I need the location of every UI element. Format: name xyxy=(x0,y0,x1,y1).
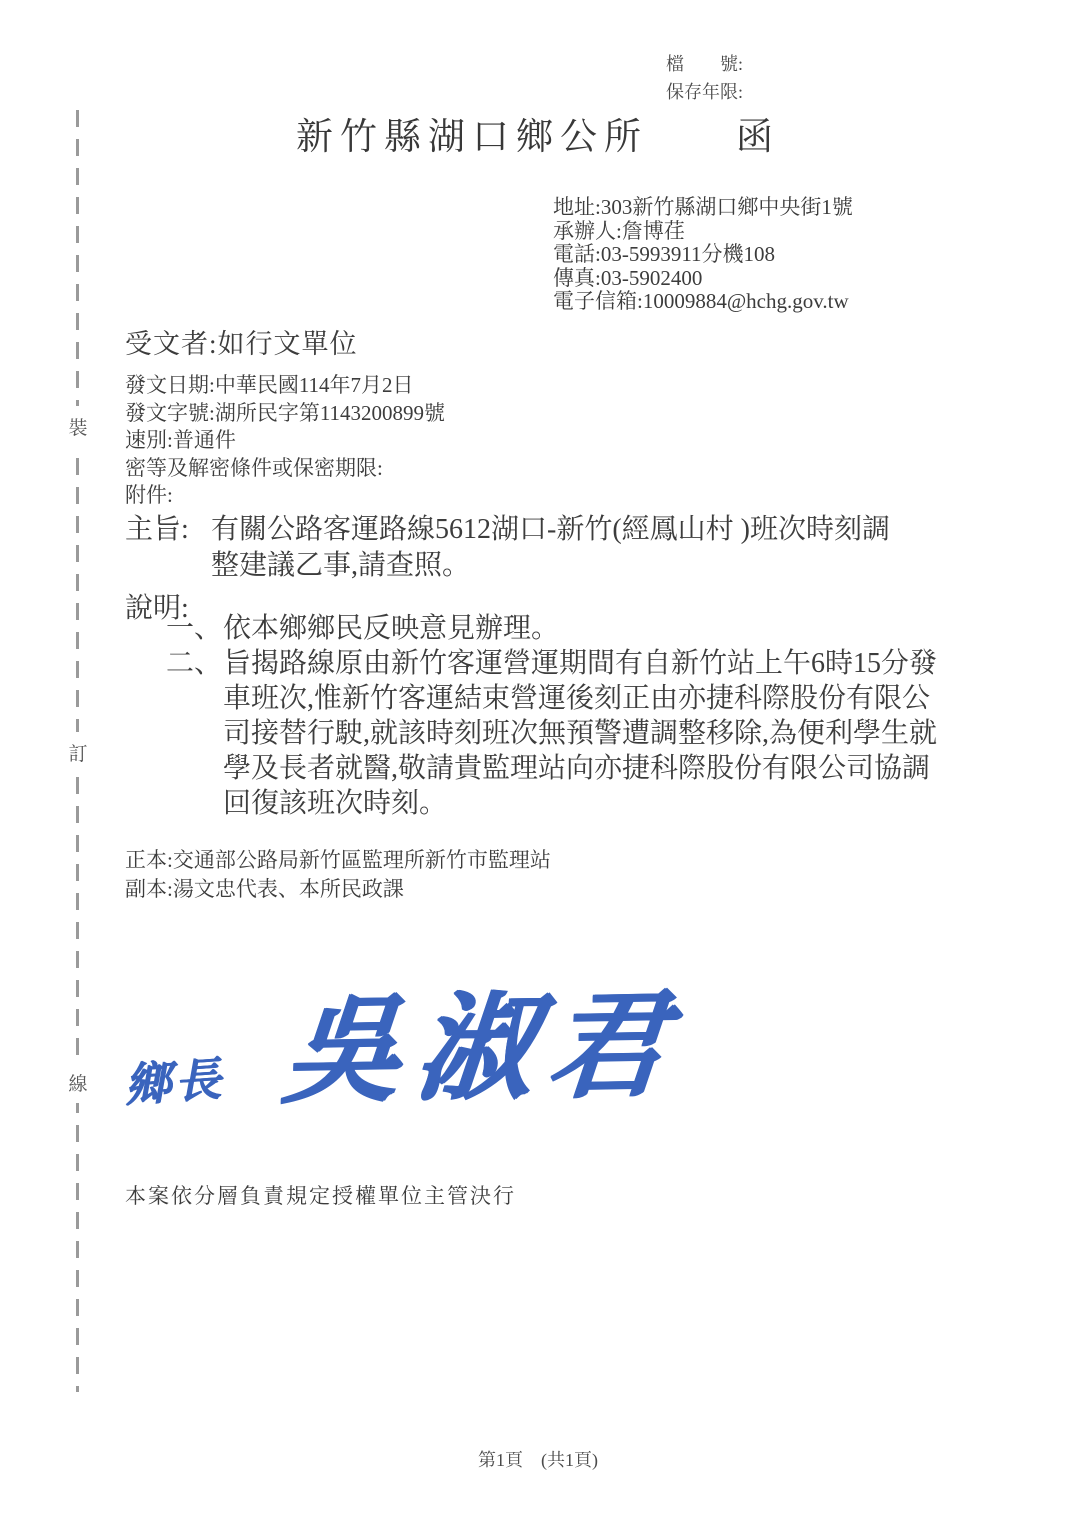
explanation-item-1: 一、 依本鄉鄉民反映意見辦理。 xyxy=(166,611,945,646)
security-line: 密等及解密條件或保密期限: xyxy=(125,455,445,483)
contact-block: 地址:303新竹縣湖口鄉中央街1號 承辦人:詹博荏 電話:03-5993911分… xyxy=(553,196,853,314)
item-text: 依本鄉鄉民反映意見辦理。 xyxy=(223,611,945,646)
binding-mark-xian: 線 xyxy=(64,1062,92,1103)
document-title: 新竹縣湖口鄉公所 函 xyxy=(0,106,1076,160)
doc-number-line: 發文字號:湖所民字第1143200899號 xyxy=(125,400,445,428)
copy-recipient-line: 副本:湯文忠代表、本所民政課 xyxy=(125,875,551,904)
signature-stamp-title: 鄉長 xyxy=(122,1043,226,1116)
contact-address: 地址:303新竹縣湖口鄉中央街1號 xyxy=(553,196,853,220)
original-recipient-line: 正本:交通部公路局新竹區監理所新竹市監理站 xyxy=(125,846,551,875)
contact-officer: 承辦人:詹博荏 xyxy=(553,220,853,244)
priority-line: 速別:普通件 xyxy=(125,427,445,455)
distribution-block: 正本:交通部公路局新竹區監理所新竹市監理站 副本:湯文忠代表、本所民政課 xyxy=(125,846,551,904)
attachment-line: 附件: xyxy=(125,482,445,510)
contact-email: 電子信箱:10009884@hchg.gov.tw xyxy=(553,290,853,314)
binding-mark-ding: 訂 xyxy=(64,732,92,773)
file-number-label: 檔 號: xyxy=(666,50,743,78)
subject-text: 有關公路客運路線5612湖口-新竹(經鳳山村 )班次時刻調整建議乙事,請查照。 xyxy=(211,512,917,584)
official-letter-page: 裝 訂 線 檔 號: 保存年限: 新竹縣湖口鄉公所 函 地址:303新竹縣湖口鄉… xyxy=(0,0,1076,1522)
retention-period-label: 保存年限: xyxy=(666,78,743,106)
subject-section: 主旨: 有關公路客運路線5612湖口-新竹(經鳳山村 )班次時刻調整建議乙事,請… xyxy=(125,512,917,584)
explanation-item-2: 二、 旨揭路線原由新竹客運營運期間有自新竹站上午6時15分發車班次,惟新竹客運結… xyxy=(166,646,945,821)
page-footer: 第1頁 (共1頁) xyxy=(0,1446,1076,1472)
issue-date-line: 發文日期:中華民國114年7月2日 xyxy=(125,372,445,400)
document-meta-block: 發文日期:中華民國114年7月2日 發文字號:湖所民字第1143200899號 … xyxy=(125,372,445,510)
file-number-block: 檔 號: 保存年限: xyxy=(666,50,743,106)
binding-mark-zhuang: 裝 xyxy=(64,406,92,447)
item-number: 一、 xyxy=(166,611,223,646)
delegation-note: 本案依分層負責規定授權單位主管決行 xyxy=(125,1180,516,1210)
recipient-line: 受文者:如行文單位 xyxy=(125,322,358,361)
contact-fax: 傳真:03-5902400 xyxy=(553,267,853,291)
item-number: 二、 xyxy=(166,646,223,821)
signature-stamp-name: 吳淑君 xyxy=(277,975,686,1127)
contact-phone: 電話:03-5993911分機108 xyxy=(553,243,853,267)
item-text: 旨揭路線原由新竹客運營運期間有自新竹站上午6時15分發車班次,惟新竹客運結束營運… xyxy=(223,646,945,821)
subject-label: 主旨: xyxy=(125,512,211,584)
